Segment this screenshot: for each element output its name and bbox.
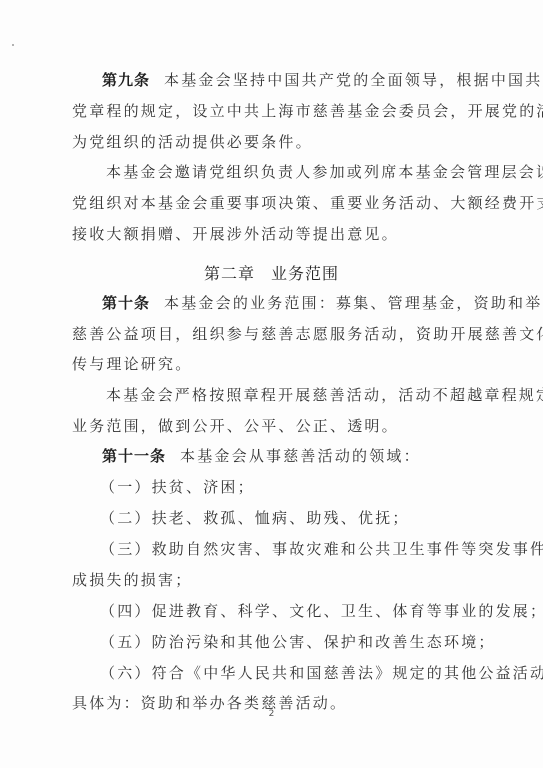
- article-9-para2-line-1: 本基金会邀请党组织负责人参加或列席本基金会管理层会议。: [106, 161, 472, 183]
- list-item-1: （一）扶贫、济困；: [100, 476, 466, 498]
- article-11-label: 第十一条: [102, 447, 166, 465]
- article-9-text: 本基金会坚持中国共产党的全面领导，根据中国共产: [164, 71, 543, 89]
- article-10-para2-line-1: 本基金会严格按照章程开展慈善活动，活动不超越章程规定的: [106, 384, 472, 406]
- list-item-2: （二）扶老、救孤、恤病、助残、优抚；: [100, 507, 466, 529]
- article-9-label: 第九条: [102, 71, 150, 89]
- article-11-line-1: 第十一条本基金会从事慈善活动的领域：: [102, 445, 472, 467]
- article-10-line-1: 第十条本基金会的业务范围：募集、管理基金，资助和举办: [102, 292, 472, 314]
- list-item-3-cont: 成损失的损害；: [72, 569, 472, 591]
- article-9-para2-line-3: 接收大额捐赠、开展涉外活动等提出意见。: [72, 223, 472, 245]
- article-10-label: 第十条: [102, 294, 150, 312]
- article-10-line-2: 慈善公益项目，组织参与慈善志愿服务活动，资助开展慈善文化宣: [72, 323, 472, 345]
- chapter-title: 业务范围: [271, 264, 339, 283]
- article-9-line-3: 为党组织的活动提供必要条件。: [72, 131, 472, 153]
- list-item-6: （六）符合《中华人民共和国慈善法》规定的其他公益活动，: [100, 662, 466, 684]
- document-page: 第九条本基金会坚持中国共产党的全面领导，根据中国共产 党章程的规定，设立中共上海…: [0, 0, 543, 768]
- list-item-4: （四）促进教育、科学、文化、卫生、体育等事业的发展；: [100, 600, 466, 622]
- article-10-para2-line-2: 业务范围，做到公开、公平、公正、透明。: [72, 415, 472, 437]
- scan-speck: [12, 44, 14, 46]
- article-10-text: 本基金会的业务范围：募集、管理基金，资助和举办: [164, 294, 543, 312]
- article-10-line-3: 传与理论研究。: [72, 353, 472, 375]
- article-9-line-2: 党章程的规定，设立中共上海市慈善基金会委员会，开展党的活动，: [72, 100, 472, 122]
- chapter-number: 第二章: [204, 264, 255, 283]
- list-item-3: （三）救助自然灾害、事故灾难和公共卫生事件等突发事件造: [100, 538, 466, 560]
- article-11-intro: 本基金会从事慈善活动的领域：: [180, 447, 421, 465]
- page-number: 2: [0, 709, 543, 719]
- list-item-5: （五）防治污染和其他公害、保护和改善生态环境；: [100, 631, 466, 653]
- article-9-line-1: 第九条本基金会坚持中国共产党的全面领导，根据中国共产: [102, 69, 472, 91]
- article-9-para2-line-2: 党组织对本基金会重要事项决策、重要业务活动、大额经费开支、: [72, 192, 472, 214]
- chapter-heading: 第二章业务范围: [0, 263, 543, 285]
